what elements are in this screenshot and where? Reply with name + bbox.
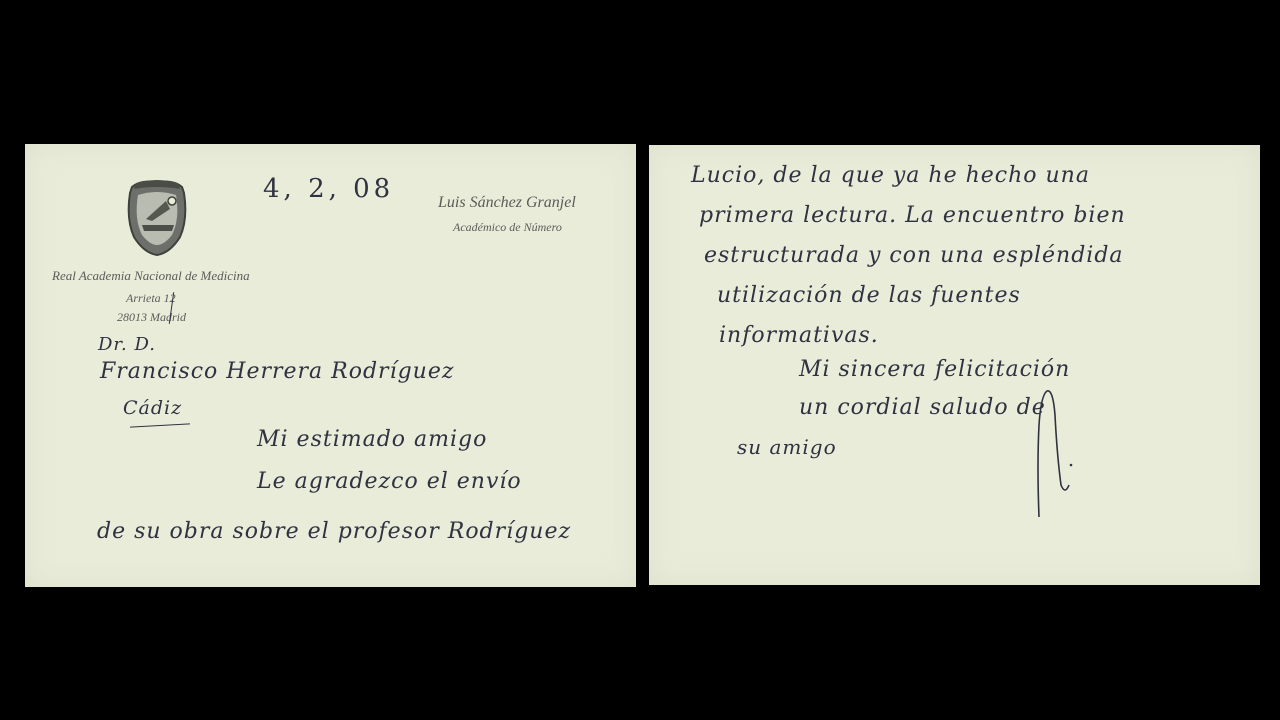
closing-line-2: un cordial saludo de xyxy=(799,395,1046,420)
academy-crest-icon xyxy=(122,179,192,257)
body-line-4: primera lectura. La encuentro bien xyxy=(699,203,1126,228)
closing-line-3: su amigo xyxy=(737,435,837,459)
handwritten-signature-icon xyxy=(1029,385,1079,525)
greeting-line: Mi estimado amigo xyxy=(257,427,487,452)
institution-city: 28013 Madrid xyxy=(117,310,186,325)
author-title: Académico de Número xyxy=(453,220,562,235)
closing-line-1: Mi sincera felicitación xyxy=(799,357,1070,382)
body-line-2: de su obra sobre el profesor Rodríguez xyxy=(97,519,571,544)
letter-page-1: Real Academia Nacional de Medicina Arrie… xyxy=(25,144,636,587)
body-line-3: Lucio, de la que ya he hecho una xyxy=(691,163,1090,188)
recipient-city: Cádiz xyxy=(123,397,182,419)
body-line-5: estructurada y con una espléndida xyxy=(704,243,1124,268)
body-line-6: utilización de las fuentes xyxy=(717,283,1021,308)
body-line-1: Le agradezco el envío xyxy=(257,469,522,494)
city-underline xyxy=(130,423,190,427)
body-line-7: informativas. xyxy=(719,323,879,348)
letter-date: 4, 2, 08 xyxy=(263,174,394,204)
institution-name: Real Academia Nacional de Medicina xyxy=(52,268,250,284)
letter-page-2: Lucio, de la que ya he hecho una primera… xyxy=(649,145,1260,585)
author-name: Luis Sánchez Granjel xyxy=(438,194,576,212)
recipient-salutation: Dr. D. xyxy=(98,334,156,355)
recipient-name: Francisco Herrera Rodríguez xyxy=(100,359,454,384)
institution-street: Arrieta 12 xyxy=(126,291,176,306)
